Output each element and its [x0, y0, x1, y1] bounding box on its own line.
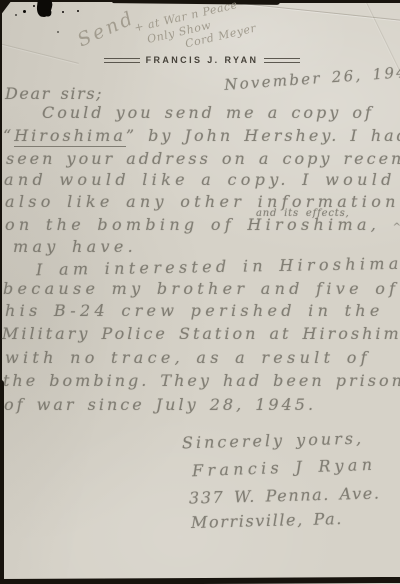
- salutation: Dear sirs;: [5, 84, 103, 104]
- letterhead-rule-right: [264, 58, 300, 63]
- body-line: his B-24 crew perished in the: [5, 301, 384, 321]
- body-line: because my brother and five of: [3, 279, 399, 299]
- quote-open: “: [3, 126, 14, 145]
- body-line: of war since July 28, 1945.: [4, 395, 316, 415]
- body-line-rest: ” by John Hershey. I had: [126, 126, 400, 145]
- torn-corner: [0, 0, 12, 16]
- ink-speck: [23, 10, 26, 13]
- scan-edge-top: [272, 0, 400, 3]
- body-line: Military Police Station at Hiroshima: [2, 324, 400, 344]
- body-line-text: on the bombing of Hiroshima,: [5, 215, 380, 234]
- letterhead-name: FRANCIS J. RYAN: [146, 55, 259, 65]
- insertion-caret: ^: [393, 222, 400, 233]
- body-line: Could you send me a copy of: [42, 103, 374, 123]
- body-line: seen your address on a copy recently: [6, 149, 400, 169]
- body-line: “Hiroshima” by John Hershey. I had: [3, 126, 400, 146]
- scanned-letter: Send + at War n Peace Only Show Cord Mey…: [0, 0, 400, 584]
- body-line: may have.: [13, 237, 137, 257]
- ink-blot: [36, 0, 53, 18]
- ink-speck: [77, 10, 79, 12]
- body-line: on the bombing of Hiroshima, ^ you: [5, 215, 400, 238]
- letterhead: FRANCIS J. RYAN: [104, 54, 300, 66]
- body-line: the bombing. They had been prisoners: [3, 371, 400, 391]
- scan-edge-bottom: [0, 577, 400, 584]
- letterhead-rule-left: [104, 58, 140, 63]
- body-line: with no trace, as a result of: [5, 348, 371, 368]
- book-title: Hiroshima: [14, 126, 126, 147]
- address-line2: Morrisville, Pa.: [191, 509, 343, 533]
- ink-speck: [33, 5, 35, 7]
- body-line: and would like a copy. I would: [4, 170, 396, 190]
- ink-speck: [15, 14, 17, 16]
- ink-speck: [62, 11, 64, 13]
- ink-speck: [57, 31, 59, 33]
